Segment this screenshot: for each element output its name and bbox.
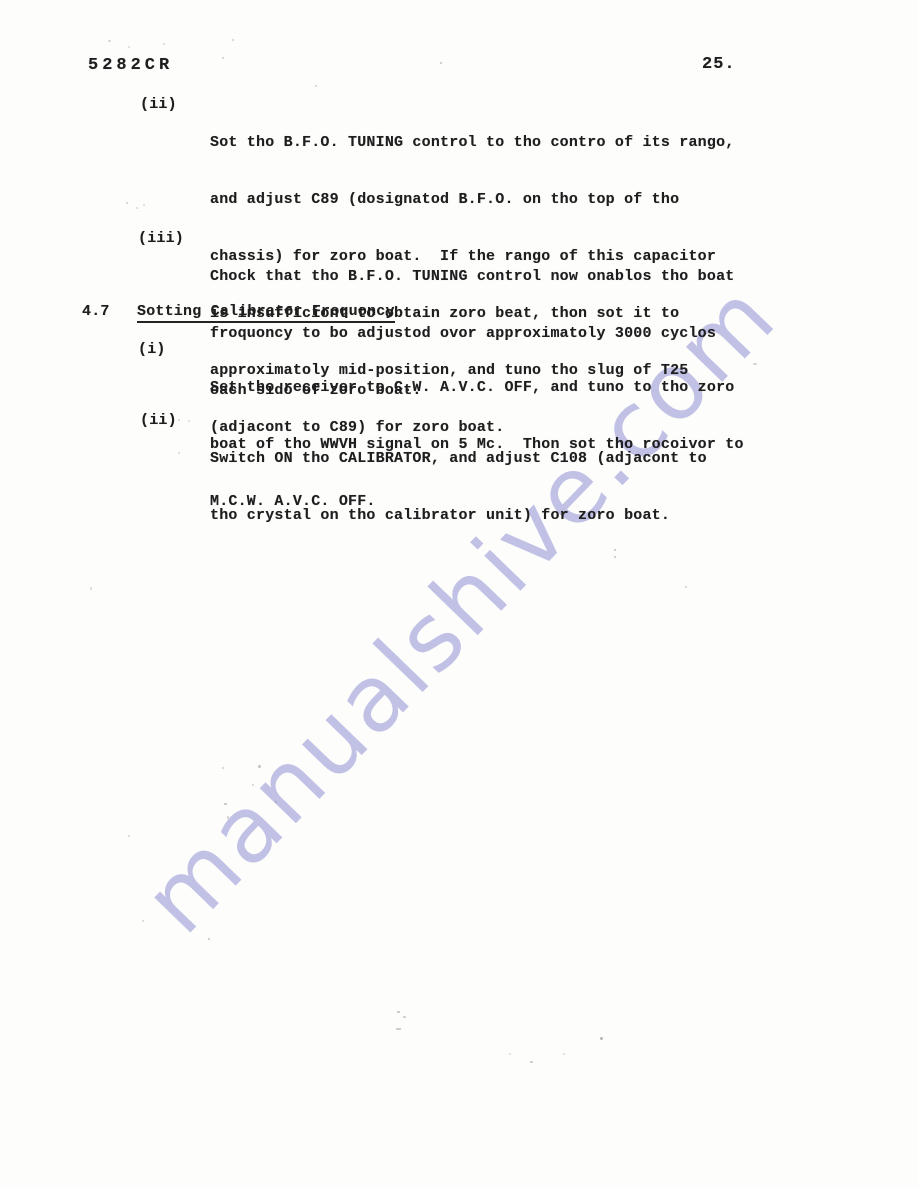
scan-speck xyxy=(188,420,190,422)
scan-speck xyxy=(90,587,92,590)
body-line: tho crystal on tho calibrator unit) for … xyxy=(210,506,707,525)
scan-speck xyxy=(227,816,229,819)
scan-speck xyxy=(128,835,130,837)
scan-speck xyxy=(143,204,145,206)
scan-speck xyxy=(126,202,128,204)
list-item-label: (ii) xyxy=(140,95,177,114)
scan-speck xyxy=(509,1053,511,1055)
scan-speck xyxy=(530,1061,533,1063)
scan-speck xyxy=(397,1011,400,1013)
scan-speck xyxy=(315,85,317,87)
list-item-label: (ii) xyxy=(140,411,177,430)
scan-speck xyxy=(128,46,130,48)
body-line: and adjust C89 (dosignatod B.F.O. on tho… xyxy=(210,190,734,209)
section-title: Sotting Calibrator Froquoncy xyxy=(137,303,395,323)
scan-speck xyxy=(258,765,261,768)
scan-speck xyxy=(224,803,227,805)
scan-speck xyxy=(222,767,224,769)
scan-speck xyxy=(563,1053,565,1055)
doc-reference: 5282CR xyxy=(88,56,173,75)
scan-speck xyxy=(440,62,442,64)
scan-speck xyxy=(685,586,687,588)
scan-speck xyxy=(252,784,254,786)
body-line: Sot tho B.F.O. TUNING control to tho con… xyxy=(210,133,734,152)
scan-speck xyxy=(753,363,757,365)
scan-speck xyxy=(163,43,165,45)
scan-speck xyxy=(108,40,111,42)
scanned-manual-page: manualshive.com 5282CR 25. (ii) Sot tho … xyxy=(0,0,918,1188)
scan-speck xyxy=(222,57,224,59)
list-item-label: (iii) xyxy=(138,229,184,248)
scan-speck xyxy=(136,207,138,209)
scan-speck xyxy=(600,1037,603,1040)
scan-speck xyxy=(275,801,277,803)
list-item-label: (i) xyxy=(138,340,166,359)
scan-speck xyxy=(403,1016,406,1018)
scan-speck xyxy=(232,39,234,41)
list-item-body: Switch ON tho CALIBRATOR, and adjust C10… xyxy=(210,411,707,563)
page-number: 25. xyxy=(702,55,736,74)
section-number: 4.7 xyxy=(82,302,110,321)
body-line: Set tho receivor to C.W. A.V.C. OFF, and… xyxy=(210,378,744,397)
body-line: Chock that tho B.F.O. TUNING control now… xyxy=(210,267,734,286)
scan-speck xyxy=(142,920,144,922)
scan-speck xyxy=(208,938,210,940)
scan-speck xyxy=(178,419,180,421)
scan-speck xyxy=(178,452,180,454)
scan-speck xyxy=(396,1028,401,1030)
body-line: Switch ON tho CALIBRATOR, and adjust C10… xyxy=(210,449,707,468)
section-heading: Sotting Calibrator Froquoncy xyxy=(137,302,395,321)
